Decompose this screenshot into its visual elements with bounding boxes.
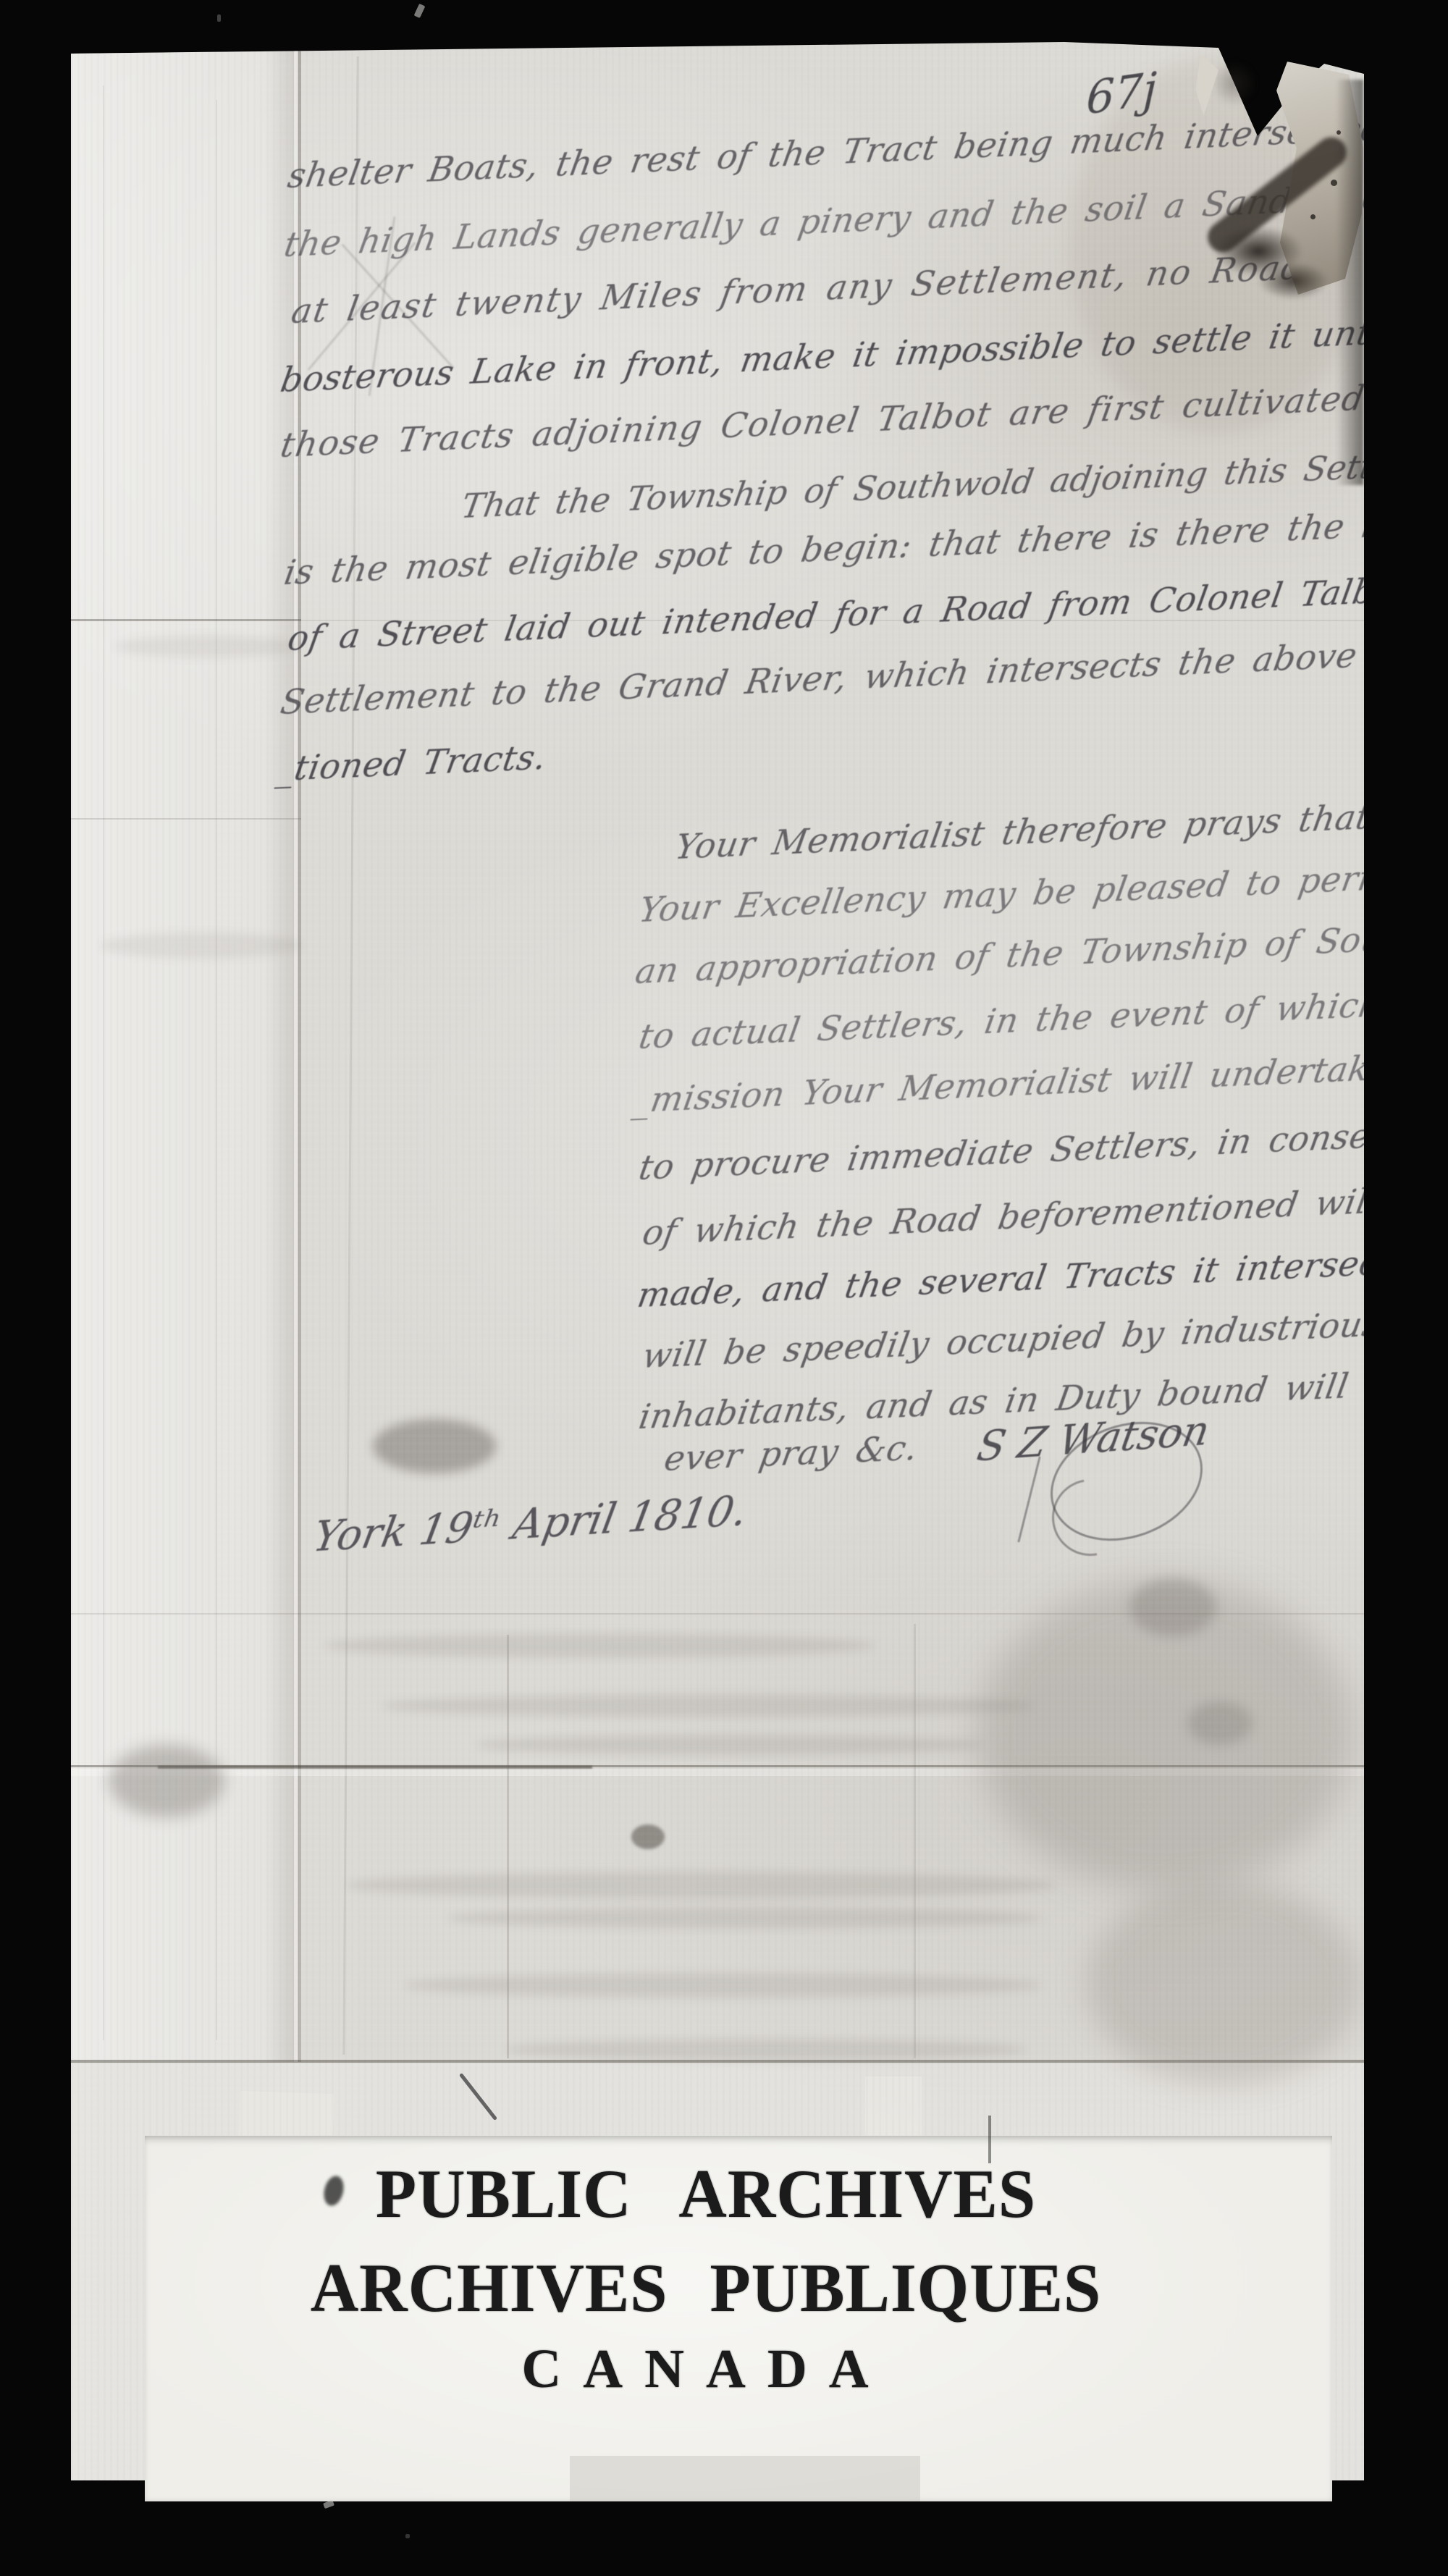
tape-remnant xyxy=(570,2456,920,2501)
stain-cloud xyxy=(1086,1882,1361,2085)
bleedthrough-text-ghost xyxy=(447,1907,1041,1929)
scratch-mark xyxy=(988,2116,991,2163)
pen-slash-mark xyxy=(459,2073,497,2121)
handwritten-line: of which the Road beforementioned will b… xyxy=(639,1178,1443,1255)
page-number: 67j xyxy=(1085,66,1157,122)
handwritten-line: _mission Your Memorialist will undertake xyxy=(630,1047,1393,1122)
ink-smudge xyxy=(1129,1578,1216,1636)
film-speck xyxy=(217,14,221,22)
ink-smudge xyxy=(1187,1701,1253,1745)
crease-line xyxy=(103,85,104,2040)
film-speck xyxy=(414,4,426,18)
bleedthrough-text-ghost xyxy=(346,1872,1056,1899)
handwritten-line: to procure immediate Settlers, in conseq… xyxy=(636,1110,1448,1190)
bleedthrough-text-ghost xyxy=(114,636,303,657)
letter-page: 67j shelter Boats, the rest of the Tract… xyxy=(71,42,1364,2480)
handwritten-line: to actual Settlers, in the event of whic… xyxy=(636,980,1448,1058)
handwritten-line: will be speedily occupied by industrious xyxy=(639,1303,1384,1378)
stain-cloud xyxy=(977,1578,1354,1890)
handwritten-line: made, and the several Tracts it intersec… xyxy=(634,1241,1414,1317)
bleedthrough-text-ghost xyxy=(382,1694,1034,1717)
crease-line xyxy=(216,100,217,2040)
handwritten-line: Your Memorialist therefore prays that xyxy=(672,796,1373,869)
paper-edge-shadow xyxy=(1336,80,1363,485)
ink-spot xyxy=(631,1824,665,1849)
bleedthrough-text-ghost xyxy=(100,933,303,959)
ink-spot xyxy=(1310,214,1316,219)
bleedthrough-text-ghost xyxy=(404,1973,1041,1998)
bleedthrough-text-ghost xyxy=(324,1633,875,1658)
film-speck xyxy=(405,2534,410,2538)
folded-margin-strip xyxy=(71,42,299,2062)
stamp-line-canada: CANADA xyxy=(185,2339,1227,2399)
film-scan-background: 67j shelter Boats, the rest of the Tract… xyxy=(0,0,1448,2576)
stamp-line-french: ARCHIVES PUBLIQUES xyxy=(185,2250,1227,2325)
tear-stain xyxy=(1244,255,1342,307)
ink-smudge xyxy=(373,1419,496,1473)
signature-flourish xyxy=(1017,1456,1040,1542)
bleedthrough-text-ghost xyxy=(505,2039,1027,2061)
fold-edge-line xyxy=(298,46,301,2062)
archives-stamp-card: PUBLIC ARCHIVES ARCHIVES PUBLIQUES CANAD… xyxy=(145,2136,1332,2501)
handwritten-line: _tioned Tracts. xyxy=(274,737,550,791)
bleedthrough-text-ghost xyxy=(476,1735,983,1755)
stamp-line-english: PUBLIC ARCHIVES xyxy=(185,2156,1227,2231)
handwritten-line: Your Excellency may be pleased to permit xyxy=(636,856,1419,932)
fold-highlight xyxy=(294,46,298,2062)
dateline: York 19ᵗʰ April 1810. xyxy=(309,1486,751,1561)
